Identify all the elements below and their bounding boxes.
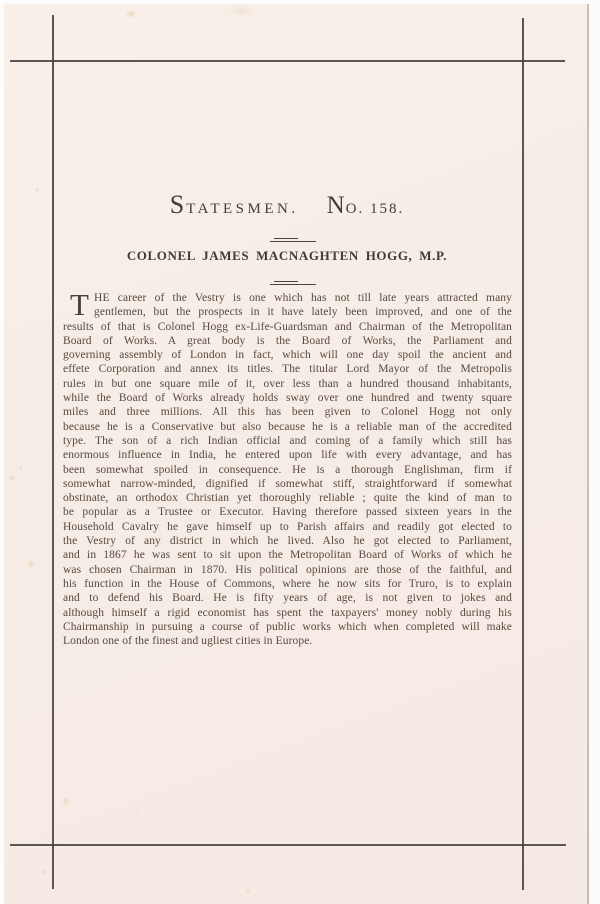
body-text-line: miles and three millions. All this has b… xyxy=(63,405,512,419)
divider-ornament-bottom xyxy=(270,281,316,285)
body-text-line: type. The son of a rich Indian official … xyxy=(63,434,512,448)
divider-long-rule xyxy=(270,241,316,242)
body-text-line: Chairmanship in pursuing a course of pub… xyxy=(63,620,512,634)
body-text-line: while the Board of Works already holds s… xyxy=(63,391,512,405)
scan-background: Statesmen. No. 158. COLONEL JAMES MACNAG… xyxy=(0,0,600,904)
body-text-line: although himself a rigid economist has s… xyxy=(63,606,512,620)
body-text-line: his function in the House of Commons, wh… xyxy=(63,577,512,591)
body-text-line: obstinate, an orthodox Christian yet tho… xyxy=(63,491,512,505)
body-text-line: Board of Works. A great body is the Boar… xyxy=(63,334,512,348)
body-text-line: London one of the finest and ugliest cit… xyxy=(63,634,512,648)
frame-right-rule xyxy=(522,18,524,890)
biography-paragraph: T HE career of the Vestry is one which h… xyxy=(63,291,512,648)
frame-top-rule xyxy=(10,60,565,62)
frame-left-rule xyxy=(52,15,54,889)
frame-bottom-rule xyxy=(10,844,566,846)
body-text-line: effete Corporation and annex its titles.… xyxy=(63,362,512,376)
body-text-line: Household Cavalry he gave himself up to … xyxy=(63,520,512,534)
body-text-line: gentlemen, but the prospects in it have … xyxy=(63,305,512,319)
body-text-line: enormous influence in India, he entered … xyxy=(63,448,512,462)
article-title: COLONEL JAMES MACNAGHTEN HOGG, M.P. xyxy=(52,248,522,264)
body-text-line: governing assembly of London in fact, wh… xyxy=(63,348,512,362)
body-text-line: somewhat narrow-minded, dignified if som… xyxy=(63,477,512,491)
body-text-line: because he is a Conservative but also be… xyxy=(63,420,512,434)
series-title: Statesmen. xyxy=(170,190,299,220)
body-text-line: rules in but one square mile of it, over… xyxy=(63,377,512,391)
body-text-line: been somewhat spoiled in consequence. He… xyxy=(63,463,512,477)
body-text-line: HE career of the Vestry is one which has… xyxy=(63,291,512,305)
divider-short-rule xyxy=(274,281,298,282)
drop-cap-letter: T xyxy=(70,292,89,319)
body-text-line: was chosen Chairman in 1870. His politic… xyxy=(63,563,512,577)
body-text-line: be popular as a Trustee or Executor. Hav… xyxy=(63,505,512,519)
body-text-line: the Vestry of any district in which he l… xyxy=(63,534,512,548)
page-sheet: Statesmen. No. 158. COLONEL JAMES MACNAG… xyxy=(4,4,589,904)
body-text-line: results of that is Colonel Hogg ex-Life-… xyxy=(63,320,512,334)
series-header: Statesmen. No. 158. xyxy=(52,190,522,220)
body-text-line: and in 1867 he was sent to sit upon the … xyxy=(63,548,512,562)
body-text-line: and to defend his Board. He is fifty yea… xyxy=(63,591,512,605)
divider-long-rule xyxy=(270,284,316,285)
divider-short-rule xyxy=(274,238,298,239)
series-number: No. 158. xyxy=(327,192,405,220)
divider-ornament-top xyxy=(270,238,316,242)
